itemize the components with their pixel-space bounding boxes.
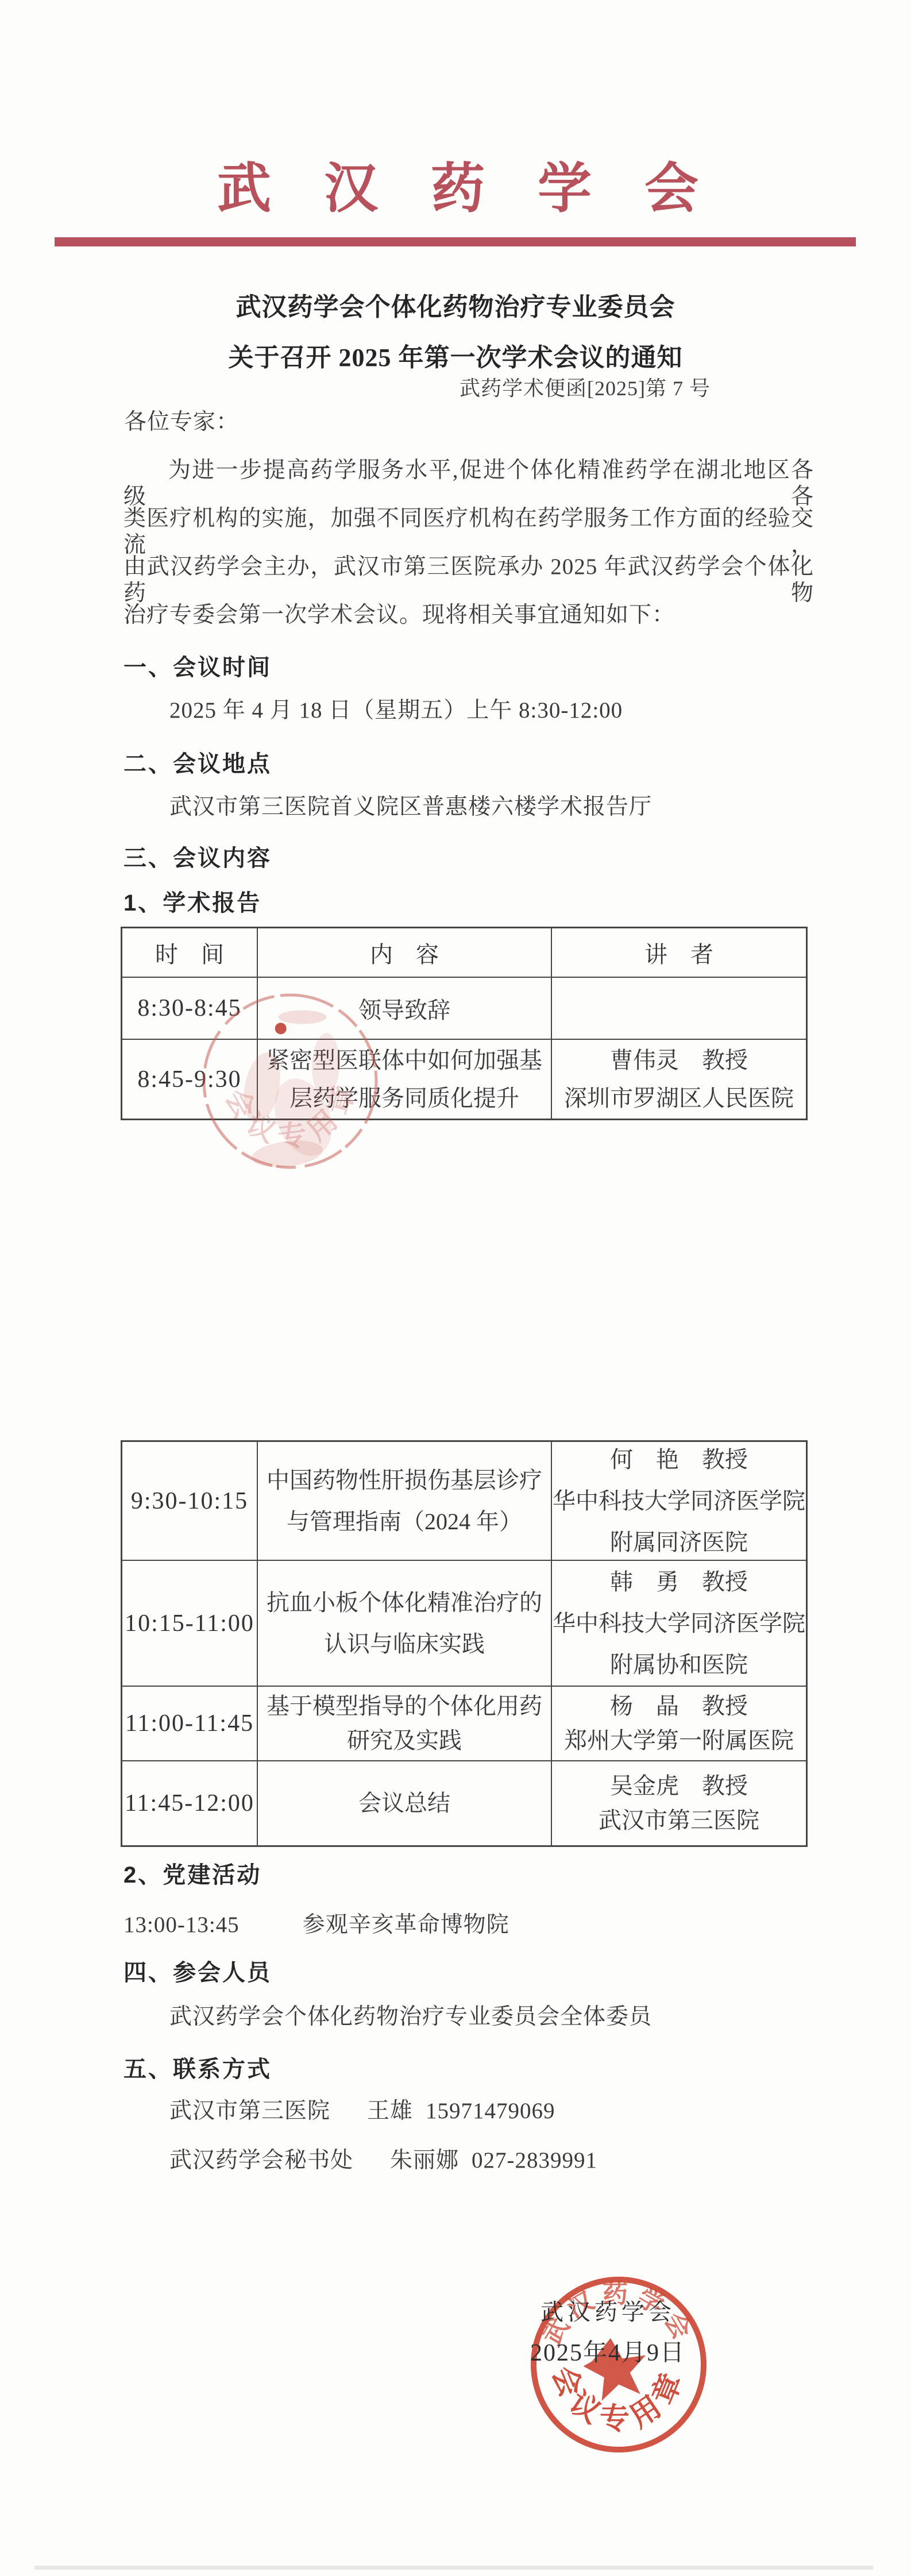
agenda-col-header-time: 时 间 (122, 928, 258, 978)
agenda-table-part2: 9:30-10:15 中国药物性肝损伤基层诊疗 与管理指南（2024 年） 何 … (121, 1440, 808, 1847)
agenda-row-content: 抗血小板个体化精准治疗的 认识与临床实践 (258, 1561, 552, 1687)
content-line: 与管理指南（2024 年） (287, 1501, 522, 1542)
agenda-row-content: 紧密型医联体中如何加强基 层药学服务同质化提升 (258, 1040, 552, 1119)
agenda-row-time: 10:15-11:00 (122, 1561, 258, 1687)
meeting-time-value: 2025 年 4 月 18 日（星期五）上午 8:30-12:00 (169, 697, 623, 724)
agenda-row-content: 基于模型指导的个体化用药 研究及实践 (258, 1687, 552, 1761)
section-heading-content: 三、会议内容 (123, 840, 272, 873)
speaker-line: 华中科技大学同济医学院 (553, 1480, 805, 1522)
agenda-row-time: 8:45-9:30 (122, 1040, 258, 1119)
contact-name: 朱丽娜 (390, 2148, 459, 2173)
agenda-row-content: 中国药物性肝损伤基层诊疗 与管理指南（2024 年） (258, 1442, 552, 1561)
salutation: 各位专家： (124, 409, 239, 435)
agenda-table-part1: 时 间 内 容 讲 者 8:30-8:45 领导致辞 8:45-9:30 紧密型… (121, 927, 808, 1120)
agenda-row-speaker: 杨 晶 教授 郑州大学第一附属医院 (552, 1687, 806, 1761)
letterhead-org-name: 武汉药学会 (217, 162, 751, 216)
content-line: 领导致辞 (358, 992, 450, 1025)
section-heading-location: 二、会议地点 (123, 746, 272, 778)
attendees-value: 武汉药学会个体化药物治疗专业委员会全体委员 (169, 2004, 652, 2030)
contact-org: 武汉市第三医院 (169, 2099, 330, 2123)
agenda-row-speaker: 曹伟灵 教授 深圳市罗湖区人民医院 (552, 1040, 806, 1119)
content-line: 会议总结 (358, 1786, 450, 1821)
svg-text:会议专用章: 会议专用章 (546, 2362, 692, 2436)
agenda-row-content: 领导致辞 (258, 978, 552, 1040)
intro-line: 为进一步提高药学服务水平,促进个体化精准药学在湖北地区各级各 (123, 457, 814, 506)
agenda-row-speaker: 何 艳 教授 华中科技大学同济医学院 附属同济医院 (552, 1442, 806, 1561)
meeting-location-value: 武汉市第三医院首义院区普惠楼六楼学术报告厅 (169, 794, 652, 820)
intro-line: 治疗专委会第一次学术会议。现将相关事宜通知如下： (123, 602, 814, 650)
speaker-line: 附属同济医院 (610, 1522, 748, 1563)
signoff-date: 2025年4月9日 (530, 2334, 685, 2368)
speaker-line: 何 艳 教授 (610, 1439, 748, 1480)
agenda-col-header-content: 内 容 (258, 928, 552, 978)
speaker-line: 韩 勇 教授 (610, 1561, 748, 1603)
speaker-line: 附属协和医院 (610, 1644, 748, 1686)
content-line: 层药学服务同质化提升 (289, 1079, 519, 1117)
agenda-row-content: 会议总结 (258, 1761, 552, 1845)
scan-edge-artifact (34, 2566, 873, 2570)
party-activity-title: 参观辛亥革命博物院 (303, 1912, 509, 1937)
contact-name: 王雄 (367, 2099, 413, 2123)
contact-item: 武汉药学会秘书处朱丽娜027-2839991 (169, 2147, 597, 2174)
party-activity-time: 13:00-13:45 (123, 1912, 240, 1937)
contact-phone: 027-2839991 (472, 2148, 597, 2173)
letterhead-divider-rule (55, 237, 856, 246)
document-title-line1: 武汉药学会个体化药物治疗专业委员会 (0, 286, 911, 323)
intro-line: 由武汉药学会主办，武汉市第三医院承办 2025 年武汉药学会个体化药物 (123, 554, 814, 602)
content-line: 中国药物性肝损伤基层诊疗 (267, 1460, 542, 1501)
document-title-line2: 关于召开 2025 年第一次学术会议的通知 (0, 337, 911, 373)
speaker-line: 吴金虎 教授 (610, 1769, 748, 1803)
content-line: 认识与临床实践 (324, 1624, 485, 1665)
speaker-line: 华中科技大学同济医学院 (553, 1603, 805, 1644)
agenda-row-time: 8:30-8:45 (122, 978, 258, 1040)
agenda-row-speaker: 吴金虎 教授 武汉市第三医院 (552, 1761, 806, 1845)
speaker-line: 杨 晶 教授 (610, 1689, 748, 1723)
speaker-line: 郑州大学第一附属医院 (564, 1723, 794, 1758)
document-number: 武药学术便函[2025]第 7 号 (460, 372, 711, 402)
contact-org: 武汉药学会秘书处 (169, 2148, 353, 2173)
content-line: 抗血小板个体化精准治疗的 (267, 1582, 542, 1624)
signoff-org: 武汉药学会 (541, 2294, 675, 2327)
agenda-row-speaker: 韩 勇 教授 华中科技大学同济医学院 附属协和医院 (552, 1561, 806, 1687)
content-line: 研究及实践 (347, 1723, 462, 1758)
agenda-col-header-speaker: 讲 者 (552, 928, 806, 978)
subsection-party-activity: 2、党建活动 (123, 1857, 261, 1889)
subsection-academic-report: 1、学术报告 (123, 885, 261, 917)
scanned-notice-document: 武汉药学会 武汉药学会个体化药物治疗专业委员会 关于召开 2025 年第一次学术… (0, 0, 911, 2576)
seal-bottom-text: 会议专用章 (546, 2362, 692, 2436)
content-line: 基于模型指导的个体化用药 (267, 1689, 542, 1723)
intro-line: 类医疗机构的实施，加强不同医疗机构在药学服务工作方面的经验交流， (123, 506, 814, 554)
section-heading-attendees: 四、参会人员 (123, 1954, 272, 1987)
agenda-row-time: 11:00-11:45 (122, 1687, 258, 1761)
content-line: 紧密型医联体中如何加强基 (267, 1042, 542, 1079)
agenda-row-speaker (552, 978, 806, 1040)
agenda-row-time: 11:45-12:00 (122, 1761, 258, 1845)
contact-item: 武汉市第三医院王雄15971479069 (169, 2098, 555, 2124)
section-heading-time: 一、会议时间 (123, 649, 272, 682)
speaker-line: 深圳市罗湖区人民医院 (564, 1079, 794, 1117)
intro-paragraph: 为进一步提高药学服务水平,促进个体化精准药学在湖北地区各级各 类医疗机构的实施，… (123, 457, 814, 650)
party-activity-line: 13:00-13:45参观辛亥革命博物院 (123, 1912, 509, 1938)
speaker-line: 武汉市第三医院 (599, 1803, 759, 1838)
section-heading-contacts: 五、联系方式 (123, 2051, 272, 2084)
agenda-row-time: 9:30-10:15 (122, 1442, 258, 1561)
contact-phone: 15971479069 (426, 2099, 555, 2123)
speaker-line: 曹伟灵 教授 (610, 1042, 748, 1079)
